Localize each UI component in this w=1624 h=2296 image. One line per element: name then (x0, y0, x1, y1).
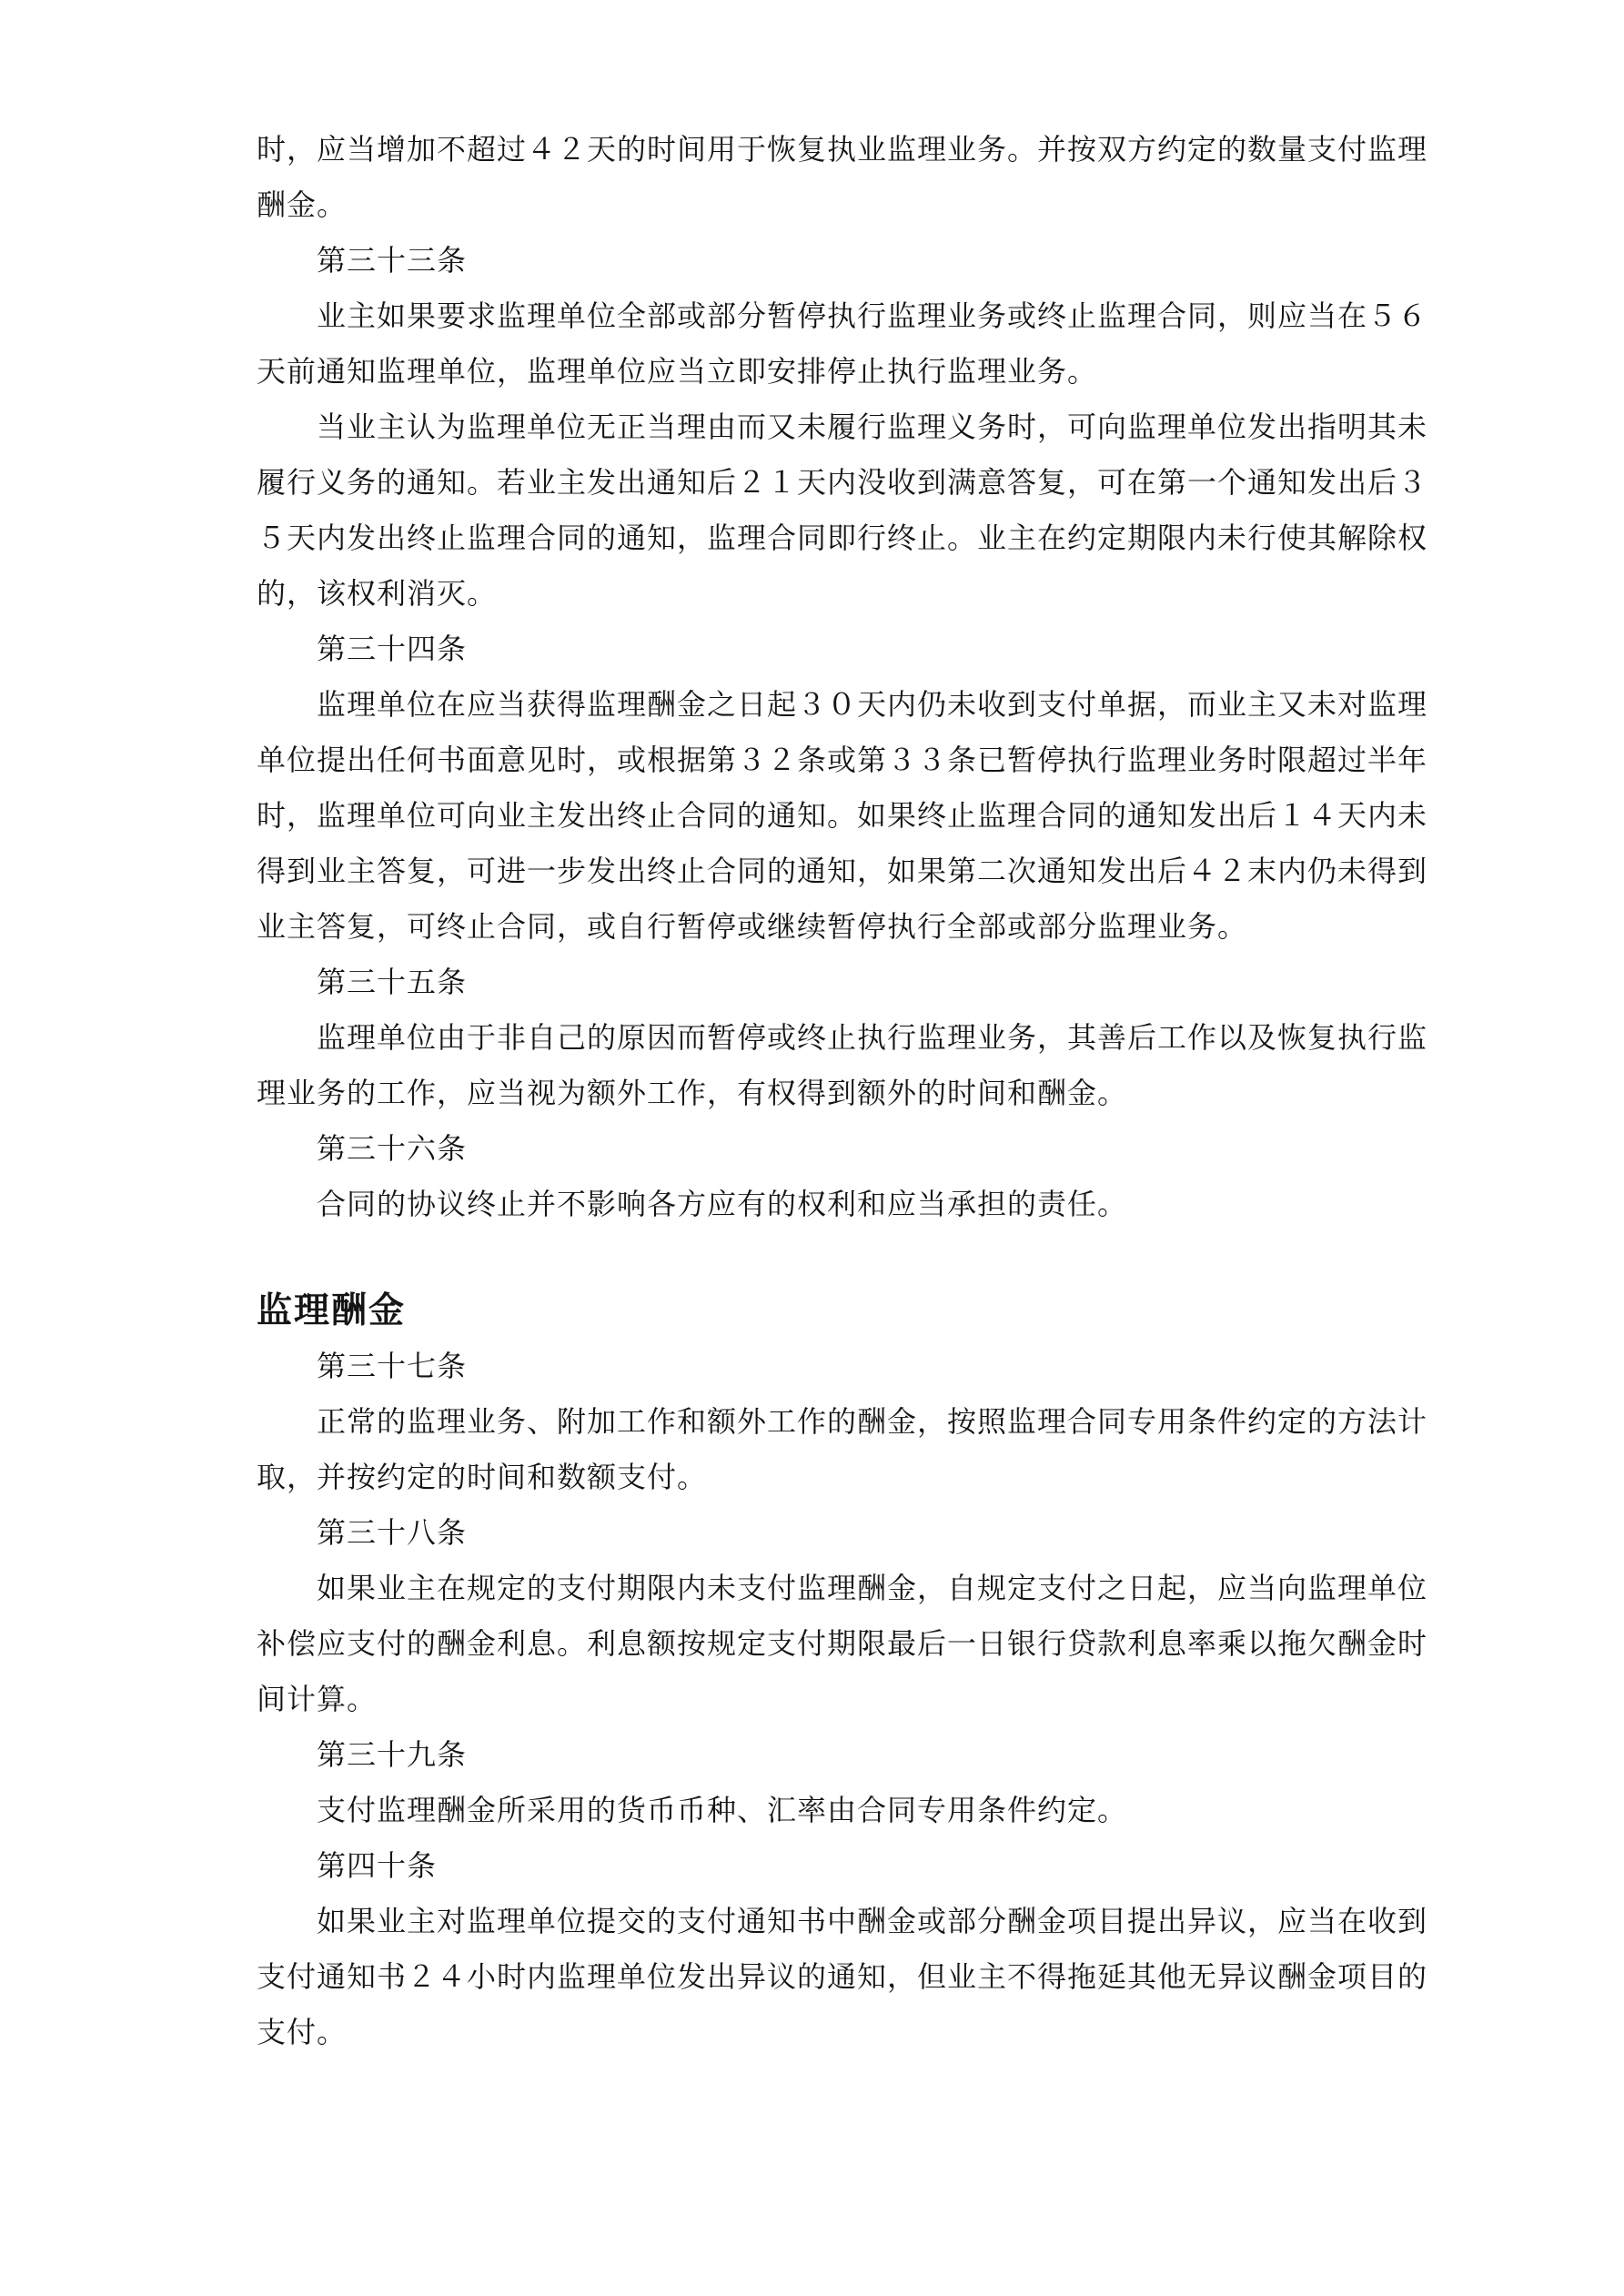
document-body: 时，应当增加不超过４２天的时间用于恢复执业监理业务。并按双方约定的数量支付监理 … (257, 122, 1412, 2060)
text-line: 监理单位在应当获得监理酬金之日起３０天内仍未收到支付单据，而业主又未对监理 (257, 677, 1412, 733)
text-line: ５天内发出终止监理合同的通知，监理合同即行终止。业主在约定期限内未行使其解除权 (257, 511, 1412, 566)
text-line: 理业务的工作，应当视为额外工作，有权得到额外的时间和酬金。 (257, 1066, 1412, 1121)
text-line: 第三十九条 (257, 1727, 1412, 1783)
text-line: 如果业主对监理单位提交的支付通知书中酬金或部分酬金项目提出异议，应当在收到 (257, 1894, 1412, 1949)
section-heading: 监理酬金 (257, 1283, 1412, 1339)
text-line: 第四十条 (257, 1838, 1412, 1894)
text-line: 正常的监理业务、附加工作和额外工作的酬金，按照监理合同专用条件约定的方法计 (257, 1394, 1412, 1450)
text-line: 间计算。 (257, 1672, 1412, 1727)
text-line: 支付。 (257, 2005, 1412, 2060)
text-line: 时，应当增加不超过４２天的时间用于恢复执业监理业务。并按双方约定的数量支付监理 (257, 122, 1412, 177)
text-line: 支付通知书２４小时内监理单位发出异议的通知，但业主不得拖延其他无异议酬金项目的 (257, 1949, 1412, 2005)
text-line: 合同的协议终止并不影响各方应有的权利和应当承担的责任。 (257, 1177, 1412, 1232)
text-line: 时，监理单位可向业主发出终止合同的通知。如果终止监理合同的通知发出后１４天内未 (257, 788, 1412, 844)
text-line: 第三十七条 (257, 1339, 1412, 1394)
text-line: 监理单位由于非自己的原因而暂停或终止执行监理业务，其善后工作以及恢复执行监 (257, 1010, 1412, 1066)
text-line: 支付监理酬金所采用的货币币种、汇率由合同专用条件约定。 (257, 1783, 1412, 1838)
document-page: 时，应当增加不超过４２天的时间用于恢复执业监理业务。并按双方约定的数量支付监理 … (0, 0, 1624, 2296)
text-line: 履行义务的通知。若业主发出通知后２１天内没收到满意答复，可在第一个通知发出后３ (257, 455, 1412, 511)
text-line: 第三十四条 (257, 622, 1412, 677)
text-line: 的，该权利消灭。 (257, 566, 1412, 622)
text-line: 第三十六条 (257, 1121, 1412, 1177)
text-line: 第三十五条 (257, 955, 1412, 1010)
text-line: 补偿应支付的酬金利息。利息额按规定支付期限最后一日银行贷款利息率乘以拖欠酬金时 (257, 1616, 1412, 1672)
text-line: 业主答复，可终止合同，或自行暂停或继续暂停执行全部或部分监理业务。 (257, 899, 1412, 955)
text-line: 得到业主答复，可进一步发出终止合同的通知，如果第二次通知发出后４２末内仍未得到 (257, 844, 1412, 899)
text-line: 天前通知监理单位，监理单位应当立即安排停止执行监理业务。 (257, 344, 1412, 400)
text-line: 当业主认为监理单位无正当理由而又未履行监理义务时，可向监理单位发出指明其未 (257, 400, 1412, 455)
text-line: 如果业主在规定的支付期限内未支付监理酬金，自规定支付之日起，应当向监理单位 (257, 1561, 1412, 1616)
text-line: 取，并按约定的时间和数额支付。 (257, 1450, 1412, 1505)
text-line: 单位提出任何书面意见时，或根据第３２条或第３３条已暂停执行监理业务时限超过半年 (257, 733, 1412, 788)
text-line: 酬金。 (257, 177, 1412, 233)
text-line: 业主如果要求监理单位全部或部分暂停执行监理业务或终止监理合同，则应当在５６ (257, 288, 1412, 344)
text-line: 第三十三条 (257, 233, 1412, 288)
text-line: 第三十八条 (257, 1505, 1412, 1561)
